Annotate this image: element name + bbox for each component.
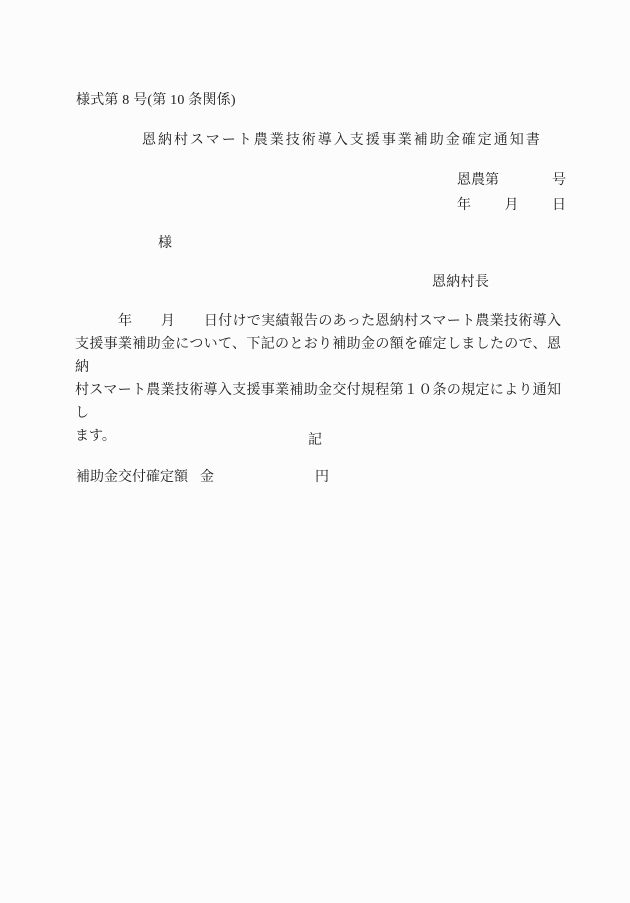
body-paragraph: 年 月 日付けで実績報告のあった恩納村スマート農業技術導入 支援事業補助金につい… — [75, 310, 561, 448]
body-line: 支援事業補助金について、下記のとおり補助金の額を確定しましたので、恩納 — [75, 333, 561, 379]
form-number: 様式第 8 号(第 10 条関係) — [76, 94, 236, 108]
sender-title: 恩納村長 — [432, 276, 489, 290]
reference-number-prefix: 恩農第 — [457, 174, 499, 199]
body-line: 村スマート農業技術導入支援事業補助金交付規程第１０条の規定により通知し — [75, 379, 561, 425]
amount-currency-prefix: 金 — [200, 471, 214, 485]
date-month-label: 月 — [505, 199, 519, 224]
date-year-label: 年 — [457, 199, 471, 224]
record-marker: 記 — [0, 434, 630, 448]
amount-line: 補助金交付確定額 金 円 — [76, 471, 556, 487]
document-title: 恩納村スマート農業技術導入支援事業補助金確定通知書 — [142, 134, 542, 148]
amount-unit-label: 円 — [315, 471, 329, 485]
date-day-label: 日 — [552, 199, 566, 224]
reference-date-row: 年 月 日 — [457, 199, 566, 224]
reference-number-suffix: 号 — [552, 174, 566, 199]
document-page: 様式第 8 号(第 10 条関係) 恩納村スマート農業技術導入支援事業補助金確定… — [0, 0, 630, 903]
reference-block: 恩農第 号 年 月 日 — [457, 174, 566, 224]
reference-number-row: 恩農第 号 — [457, 174, 566, 199]
amount-label: 補助金交付確定額 — [76, 471, 188, 485]
addressee-honorific: 様 — [158, 237, 172, 251]
body-line: 年 月 日付けで実績報告のあった恩納村スマート農業技術導入 — [75, 310, 561, 333]
